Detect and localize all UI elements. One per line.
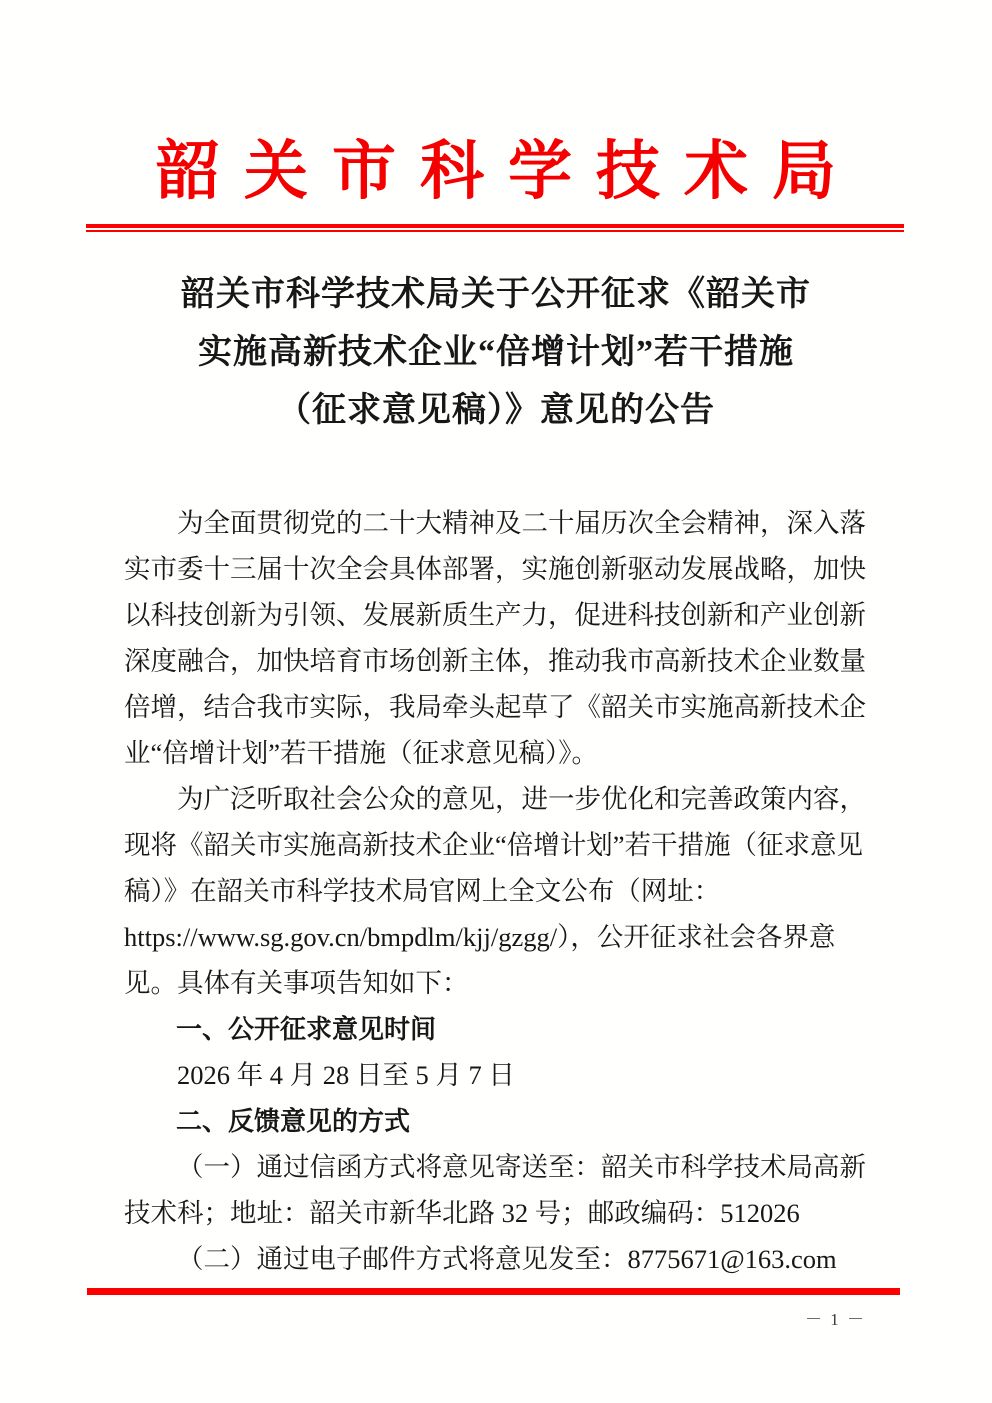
agency-letterhead: 韶关市科学技术局 [0, 132, 992, 212]
body-text-line: 业“倍增计划”若干措施（征求意见稿）》。 [124, 730, 882, 776]
body-text-line: 二、反馈意见的方式 [124, 1098, 882, 1144]
body-text-line: 深度融合，加快培育市场创新主体，推动我市高新技术企业数量 [124, 638, 882, 684]
document-title-line: （征求意见稿）》意见的公告 [0, 382, 992, 440]
document-body: 为全面贯彻党的二十大精神及二十届历次全会精神，深入落实市委十三届十次全会具体部署… [124, 500, 882, 1282]
body-text-line: 为全面贯彻党的二十大精神及二十届历次全会精神，深入落 [124, 500, 882, 546]
document-page: 韶关市科学技术局 韶关市科学技术局关于公开征求《韶关市实施高新技术企业“倍增计划… [0, 0, 992, 1403]
body-text-line: 技术科；地址：韶关市新华北路 32 号；邮政编码：512026 [124, 1190, 882, 1236]
body-text-line: （二）通过电子邮件方式将意见发至：8775671@163.com [124, 1236, 882, 1282]
body-text-line: 稿）》在韶关市科学技术局官网上全文公布（网址： [124, 868, 882, 914]
letterhead-divider [86, 224, 904, 232]
body-text-line: 实市委十三届十次全会具体部署，实施创新驱动发展战略，加快 [124, 546, 882, 592]
document-title: 韶关市科学技术局关于公开征求《韶关市实施高新技术企业“倍增计划”若干措施（征求意… [0, 266, 992, 440]
page-number: － 1 － [0, 1305, 992, 1330]
body-text-line: https://www.sg.gov.cn/bmpdlm/kjj/gzgg/），… [124, 914, 882, 960]
body-text-line: 以科技创新为引领、发展新质生产力，促进科技创新和产业创新 [124, 592, 882, 638]
body-text-line: 现将《韶关市实施高新技术企业“倍增计划”若干措施（征求意见 [124, 822, 882, 868]
body-text-line: 见。具体有关事项告知如下： [124, 960, 882, 1006]
body-text-line: 倍增，结合我市实际，我局牵头起草了《韶关市实施高新技术企 [124, 684, 882, 730]
footer-divider [87, 1288, 900, 1295]
letterhead-divider-thin-line [86, 230, 904, 232]
body-text-line: 为广泛听取社会公众的意见，进一步优化和完善政策内容， [124, 776, 882, 822]
document-title-line: 实施高新技术企业“倍增计划”若干措施 [0, 324, 992, 382]
body-text-line: 2026 年 4 月 28 日至 5 月 7 日 [124, 1052, 882, 1098]
document-title-line: 韶关市科学技术局关于公开征求《韶关市 [0, 266, 992, 324]
body-text-line: 一、公开征求意见时间 [124, 1006, 882, 1052]
body-text-line: （一）通过信函方式将意见寄送至：韶关市科学技术局高新 [124, 1144, 882, 1190]
